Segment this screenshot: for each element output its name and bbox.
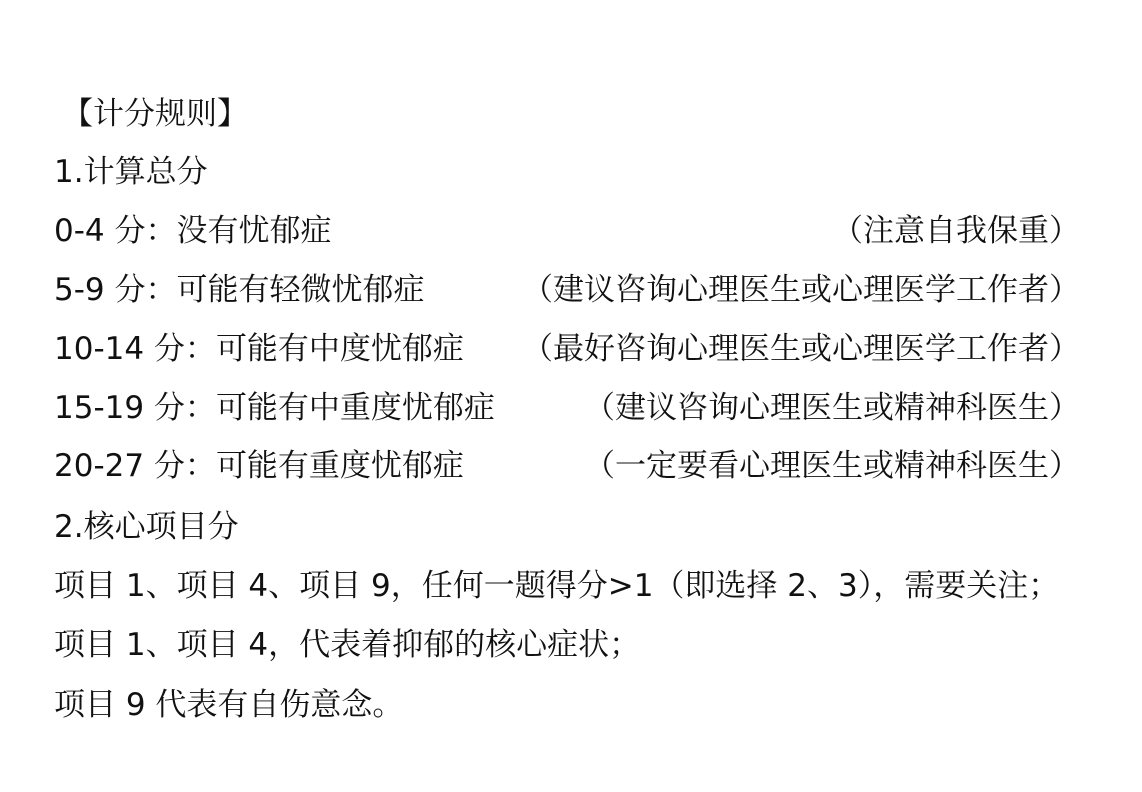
score-advice: （注意自我保重） (832, 209, 1080, 253)
score-result: 可能有重度忧郁症 (216, 448, 464, 484)
score-result: 没有忧郁症 (177, 213, 332, 249)
score-advice: （最好咨询心理医生或心理医学工作者） (522, 327, 1080, 371)
core-item-note: 项目 9 代表有自伤意念。 (54, 683, 403, 727)
section1-heading: 1.计算总分 (54, 150, 208, 194)
score-row: 0-4 分：没有忧郁症 （注意自我保重） (54, 209, 1074, 253)
score-result: 可能有中度忧郁症 (216, 331, 464, 367)
score-result: 可能有中重度忧郁症 (216, 390, 495, 426)
score-range-result: 0-4 分：没有忧郁症 (54, 209, 332, 253)
score-range-result: 5-9 分：可能有轻微忧郁症 (54, 268, 425, 312)
score-range: 15-19 分： (54, 390, 216, 426)
score-range: 20-27 分： (54, 448, 216, 484)
score-range: 0-4 分： (54, 213, 177, 249)
score-range-result: 20-27 分：可能有重度忧郁症 (54, 444, 464, 488)
score-row: 15-19 分：可能有中重度忧郁症 （建议咨询心理医生或精神科医生） (54, 386, 1074, 430)
score-advice: （建议咨询心理医生或精神科医生） (584, 386, 1080, 430)
score-range: 10-14 分： (54, 331, 216, 367)
score-range-result: 15-19 分：可能有中重度忧郁症 (54, 386, 495, 430)
score-row: 5-9 分：可能有轻微忧郁症 （建议咨询心理医生或心理医学工作者） (54, 268, 1074, 312)
score-range-result: 10-14 分：可能有中度忧郁症 (54, 327, 464, 371)
score-advice: （建议咨询心理医生或心理医学工作者） (522, 268, 1080, 312)
score-advice: （一定要看心理医生或精神科医生） (584, 444, 1080, 488)
core-item-note: 项目 1、项目 4，代表着抑郁的核心症状； (54, 623, 640, 667)
score-result: 可能有轻微忧郁症 (177, 272, 425, 308)
core-item-note: 项目 1、项目 4、项目 9，任何一题得分>1（即选择 2、3），需要关注； (54, 564, 1059, 608)
score-range: 5-9 分： (54, 272, 177, 308)
score-row: 20-27 分：可能有重度忧郁症 （一定要看心理医生或精神科医生） (54, 444, 1074, 488)
section2-heading: 2.核心项目分 (54, 505, 239, 549)
score-row: 10-14 分：可能有中度忧郁症 （最好咨询心理医生或心理医学工作者） (54, 327, 1074, 371)
document-title: 【计分规则】 (62, 92, 248, 136)
